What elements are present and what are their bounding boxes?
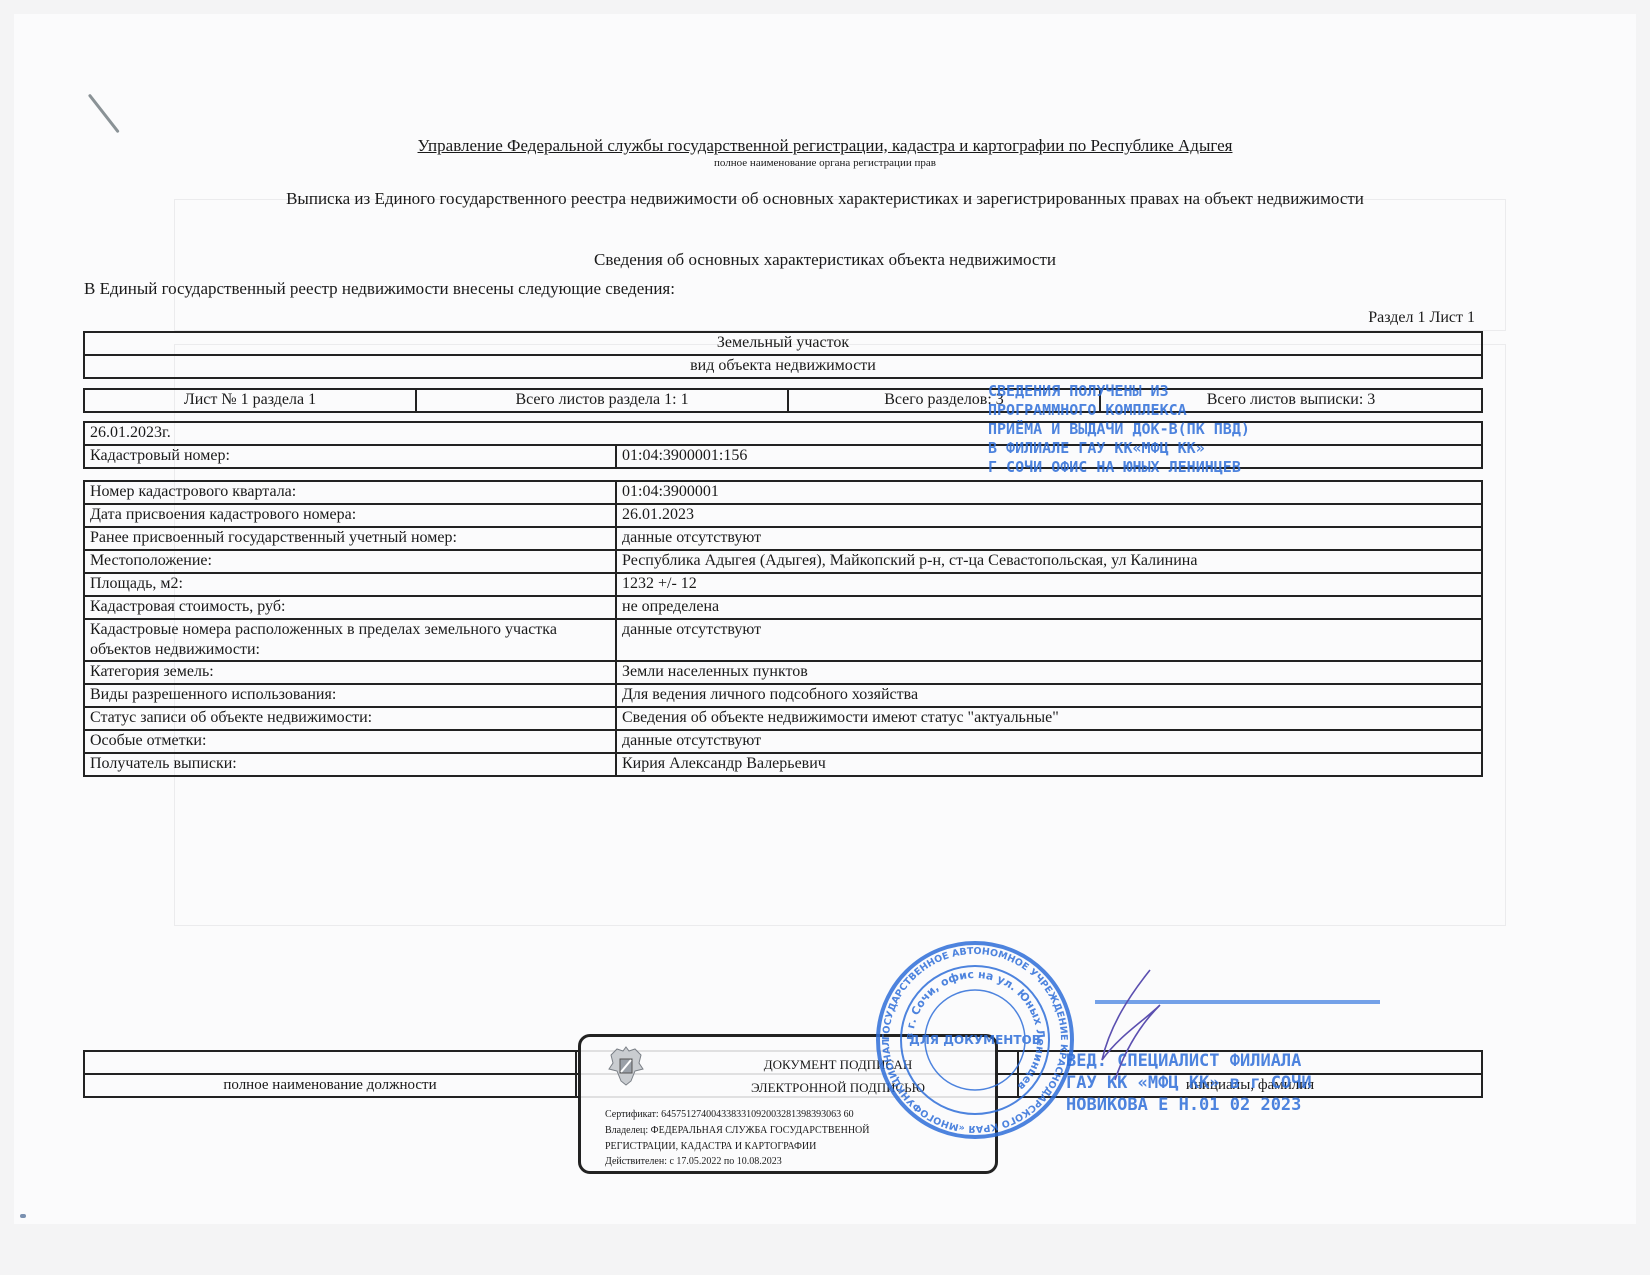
registration-authority-caption: полное наименование органа регистрации п… — [0, 157, 1650, 169]
row-value: Республика Адыгея (Адыгея), Майкопский р… — [616, 550, 1482, 573]
table-row: Площадь, м2:1232 +/- 12 — [84, 573, 1482, 596]
row-label: Кадастровая стоимость, руб: — [84, 596, 616, 619]
sheet-meta-table: Лист № 1 раздела 1 Всего листов раздела … — [83, 388, 1483, 413]
table-row: Кадастровая стоимость, руб:не определена — [84, 596, 1482, 619]
row-value: не определена — [616, 596, 1482, 619]
row-label: Местоположение: — [84, 550, 616, 573]
mfc-info-stamp: СВЕДЕНИЯ ПОЛУЧЕНЫ ИЗ ПРОГРАММНОГО КОМПЛЕ… — [988, 382, 1250, 477]
handwritten-signature-icon — [1090, 965, 1170, 1085]
position-caption: полное наименование должности — [84, 1074, 576, 1097]
row-value: Для ведения личного подсобного хозяйства — [616, 684, 1482, 707]
row-value: Сведения об объекте недвижимости имеют с… — [616, 707, 1482, 730]
table-row: Особые отметки:данные отсутствуют — [84, 730, 1482, 753]
row-label: Виды разрешенного использования: — [84, 684, 616, 707]
row-value: 26.01.2023 — [616, 504, 1482, 527]
section-sheet-reference: Раздел 1 Лист 1 — [1368, 309, 1475, 327]
certificate-number: Сертификат: 6457512740043383310920032813… — [605, 1109, 854, 1120]
table-row: Кадастровые номера расположенных в преде… — [84, 619, 1482, 661]
extract-date: 26.01.2023г. — [84, 422, 1482, 445]
scan-speck — [20, 1214, 26, 1218]
row-value: данные отсутствуют — [616, 730, 1482, 753]
section-sheets-total: Всего листов раздела 1: 1 — [416, 389, 788, 412]
row-label: Дата присвоения кадастрового номера: — [84, 504, 616, 527]
sheet-number: Лист № 1 раздела 1 — [84, 389, 416, 412]
row-label: Особые отметки: — [84, 730, 616, 753]
row-label: Номер кадастрового квартала: — [84, 481, 616, 504]
row-value: данные отсутствуют — [616, 619, 1482, 661]
object-type: Земельный участок — [84, 332, 1482, 355]
table-row: Номер кадастрового квартала:01:04:390000… — [84, 481, 1482, 504]
registration-authority-name: Управление Федеральной службы государств… — [0, 136, 1650, 156]
row-label: Кадастровые номера расположенных в преде… — [84, 619, 616, 661]
row-value: 1232 +/- 12 — [616, 573, 1482, 596]
row-label: Статус записи об объекте недвижимости: — [84, 707, 616, 730]
certificate-validity: Действителен: с 17.05.2022 по 10.08.2023 — [605, 1156, 782, 1167]
stamp-line: СВЕДЕНИЯ ПОЛУЧЕНЫ ИЗ — [988, 382, 1250, 401]
table-row: Местоположение:Республика Адыгея (Адыгея… — [84, 550, 1482, 573]
stamp-line: ПРОГРАММНОГО КОМПЛЕКСА — [988, 401, 1250, 420]
section-title: Сведения об основных характеристиках объ… — [0, 250, 1650, 270]
stamp-line: В ФИЛИАЛЕ ГАУ КК«МФЦ КК» — [988, 439, 1250, 458]
document-title: Выписка из Единого государственного реес… — [0, 189, 1650, 209]
seal-center-text: ДЛЯ ДОКУМЕНТОВ — [909, 1033, 1041, 1047]
row-value: Земли населенных пунктов — [616, 661, 1482, 684]
row-label: Категория земель: — [84, 661, 616, 684]
round-seal-icon: ГОСУДАРСТВЕННОЕ АВТОНОМНОЕ УЧРЕЖДЕНИЕ КР… — [875, 940, 1075, 1140]
table-row: Статус записи об объекте недвижимости:Св… — [84, 707, 1482, 730]
object-type-table: Земельный участок вид объекта недвижимос… — [83, 331, 1483, 379]
stamp-line: Г СОЧИ ОФИС НА ЮНЫХ ЛЕНИНЦЕВ — [988, 458, 1250, 477]
characteristics-table: Номер кадастрового квартала:01:04:390000… — [83, 480, 1483, 777]
row-value: 01:04:3900001 — [616, 481, 1482, 504]
row-label: Ранее присвоенный государственный учетны… — [84, 527, 616, 550]
table-row: Категория земель:Земли населенных пункто… — [84, 661, 1482, 684]
table-row: Дата присвоения кадастрового номера:26.0… — [84, 504, 1482, 527]
row-label: Площадь, м2: — [84, 573, 616, 596]
row-value: Кирия Александр Валерьевич — [616, 753, 1482, 776]
object-type-caption: вид объекта недвижимости — [84, 355, 1482, 378]
table-row: Виды разрешенного использования:Для веде… — [84, 684, 1482, 707]
table-row: Получатель выписки:Кирия Александр Валер… — [84, 753, 1482, 776]
certificate-owner-cont: РЕГИСТРАЦИИ, КАДАСТРА И КАРТОГРАФИИ — [605, 1141, 816, 1152]
cadastral-number-label: Кадастровый номер: — [84, 445, 616, 468]
certificate-owner: Владелец: ФЕДЕРАЛЬНАЯ СЛУЖБА ГОСУДАРСТВЕ… — [605, 1125, 870, 1136]
stamp-line: ПРИЁМА И ВЫДАЧИ ДОК-В(ПК ПВД) — [988, 420, 1250, 439]
date-cadastral-table: 26.01.2023г. Кадастровый номер: 01:04:39… — [83, 421, 1483, 469]
intro-text: В Единый государственный реестр недвижим… — [84, 279, 675, 299]
stamp-line: НОВИКОВА Е Н.01 02 2023 — [1066, 1094, 1312, 1116]
table-row: Ранее присвоенный государственный учетны… — [84, 527, 1482, 550]
row-label: Получатель выписки: — [84, 753, 616, 776]
row-value: данные отсутствуют — [616, 527, 1482, 550]
